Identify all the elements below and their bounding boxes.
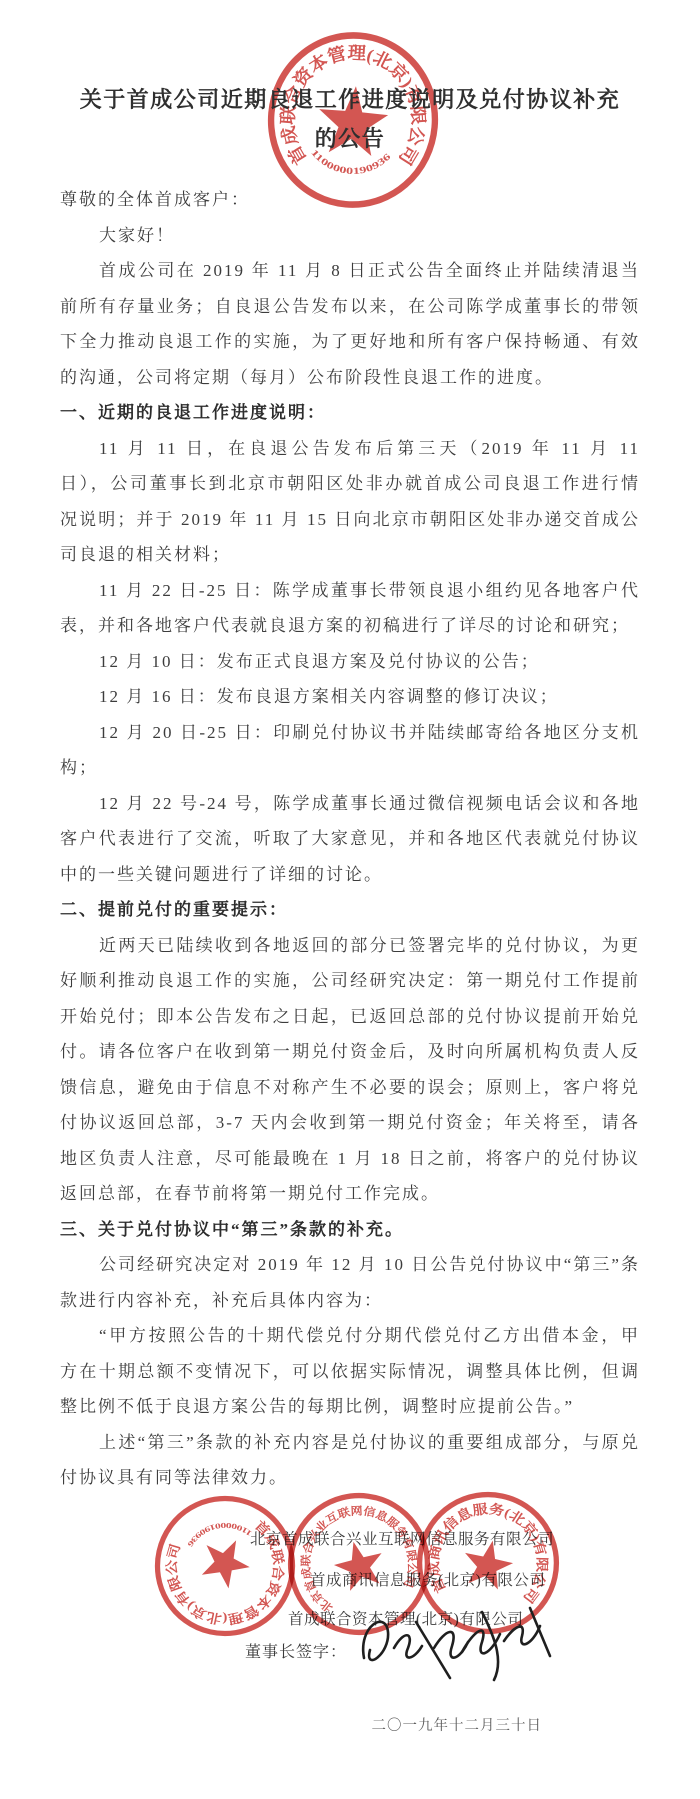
signature-stroke: [363, 1622, 388, 1660]
section-3-heading: 三、关于兑付协议中“第三”条款的补充。: [60, 1212, 640, 1248]
seal-serial-number: 1100000190936: [183, 1516, 255, 1550]
section-1-heading: 一、近期的良退工作进度说明：: [60, 395, 640, 431]
star-icon: [197, 1539, 252, 1592]
signature-stroke: [394, 1635, 422, 1657]
timeline-item-2: 11 月 22 日-25 日：陈学成董事长带领良退小组约见各地客户代表，并和各地…: [60, 573, 640, 644]
intro-paragraph: 首成公司在 2019 年 11 月 8 日正式公告全面终止并陆续清退当前所有存量…: [60, 253, 640, 395]
signature-stroke: [504, 1626, 540, 1644]
document-date: 二〇一九年十二月三十日: [372, 1714, 543, 1735]
announcement-document: 首成联合资本管理(北京)有限公司 1100000190936 关于首成公司近期良…: [0, 0, 700, 1799]
section-3-paragraph-1: 公司经研究决定对 2019 年 12 月 10 日公告兑付协议中“第三”条款进行…: [60, 1247, 640, 1318]
timeline-item-5: 12 月 20 日-25 日：印刷兑付协议书并陆续邮寄给各地区分支机构；: [60, 715, 640, 786]
document-body: 关于首成公司近期良退工作进度说明及兑付协议补充 的公告 尊敬的全体首成客户： 大…: [60, 80, 640, 1496]
chairman-signature-label: 董事长签字：: [245, 1639, 347, 1662]
salutation: 尊敬的全体首成客户：: [60, 182, 640, 218]
timeline-item-3: 12 月 10 日：发布正式良退方案及兑付协议的公告；: [60, 644, 640, 680]
timeline-item-1: 11 月 11 日，在良退公告发布后第三天（2019 年 11 月 11 日），…: [60, 431, 640, 573]
greeting: 大家好！: [60, 218, 640, 254]
supplement-clause-quote: “甲方按照公告的十期代偿兑付分期代偿兑付乙方出借本金，甲方在十期总额不变情况下，…: [60, 1318, 640, 1425]
timeline-item-6: 12 月 22 号-24 号，陈学成董事长通过微信视频电话会议和各地客户代表进行…: [60, 786, 640, 893]
signature-stroke: [434, 1632, 468, 1658]
timeline-item-4: 12 月 16 日：发布良退方案相关内容调整的修订决议；: [60, 679, 640, 715]
signature-stroke: [482, 1612, 498, 1680]
section-2-body: 近两天已陆续收到各地返回的部分已签署完毕的兑付协议，为更好顺利推动良退工作的实施…: [60, 928, 640, 1212]
chairman-signature: [350, 1596, 568, 1702]
star-icon: [459, 1535, 517, 1591]
star-icon: [330, 1536, 389, 1593]
title-line-1: 关于首成公司近期良退工作进度说明及兑付协议补充: [60, 80, 640, 119]
signature-stroke: [530, 1608, 550, 1656]
section-2-heading: 二、提前兑付的重要提示：: [60, 892, 640, 928]
page-title: 关于首成公司近期良退工作进度说明及兑付协议补充 的公告: [60, 80, 640, 158]
section-3-paragraph-3: 上述“第三”条款的补充内容是兑付协议的重要组成部分，与原兑付协议具有同等法律效力…: [60, 1425, 640, 1496]
title-line-2: 的公告: [60, 119, 640, 158]
signature-stroke: [416, 1622, 450, 1678]
